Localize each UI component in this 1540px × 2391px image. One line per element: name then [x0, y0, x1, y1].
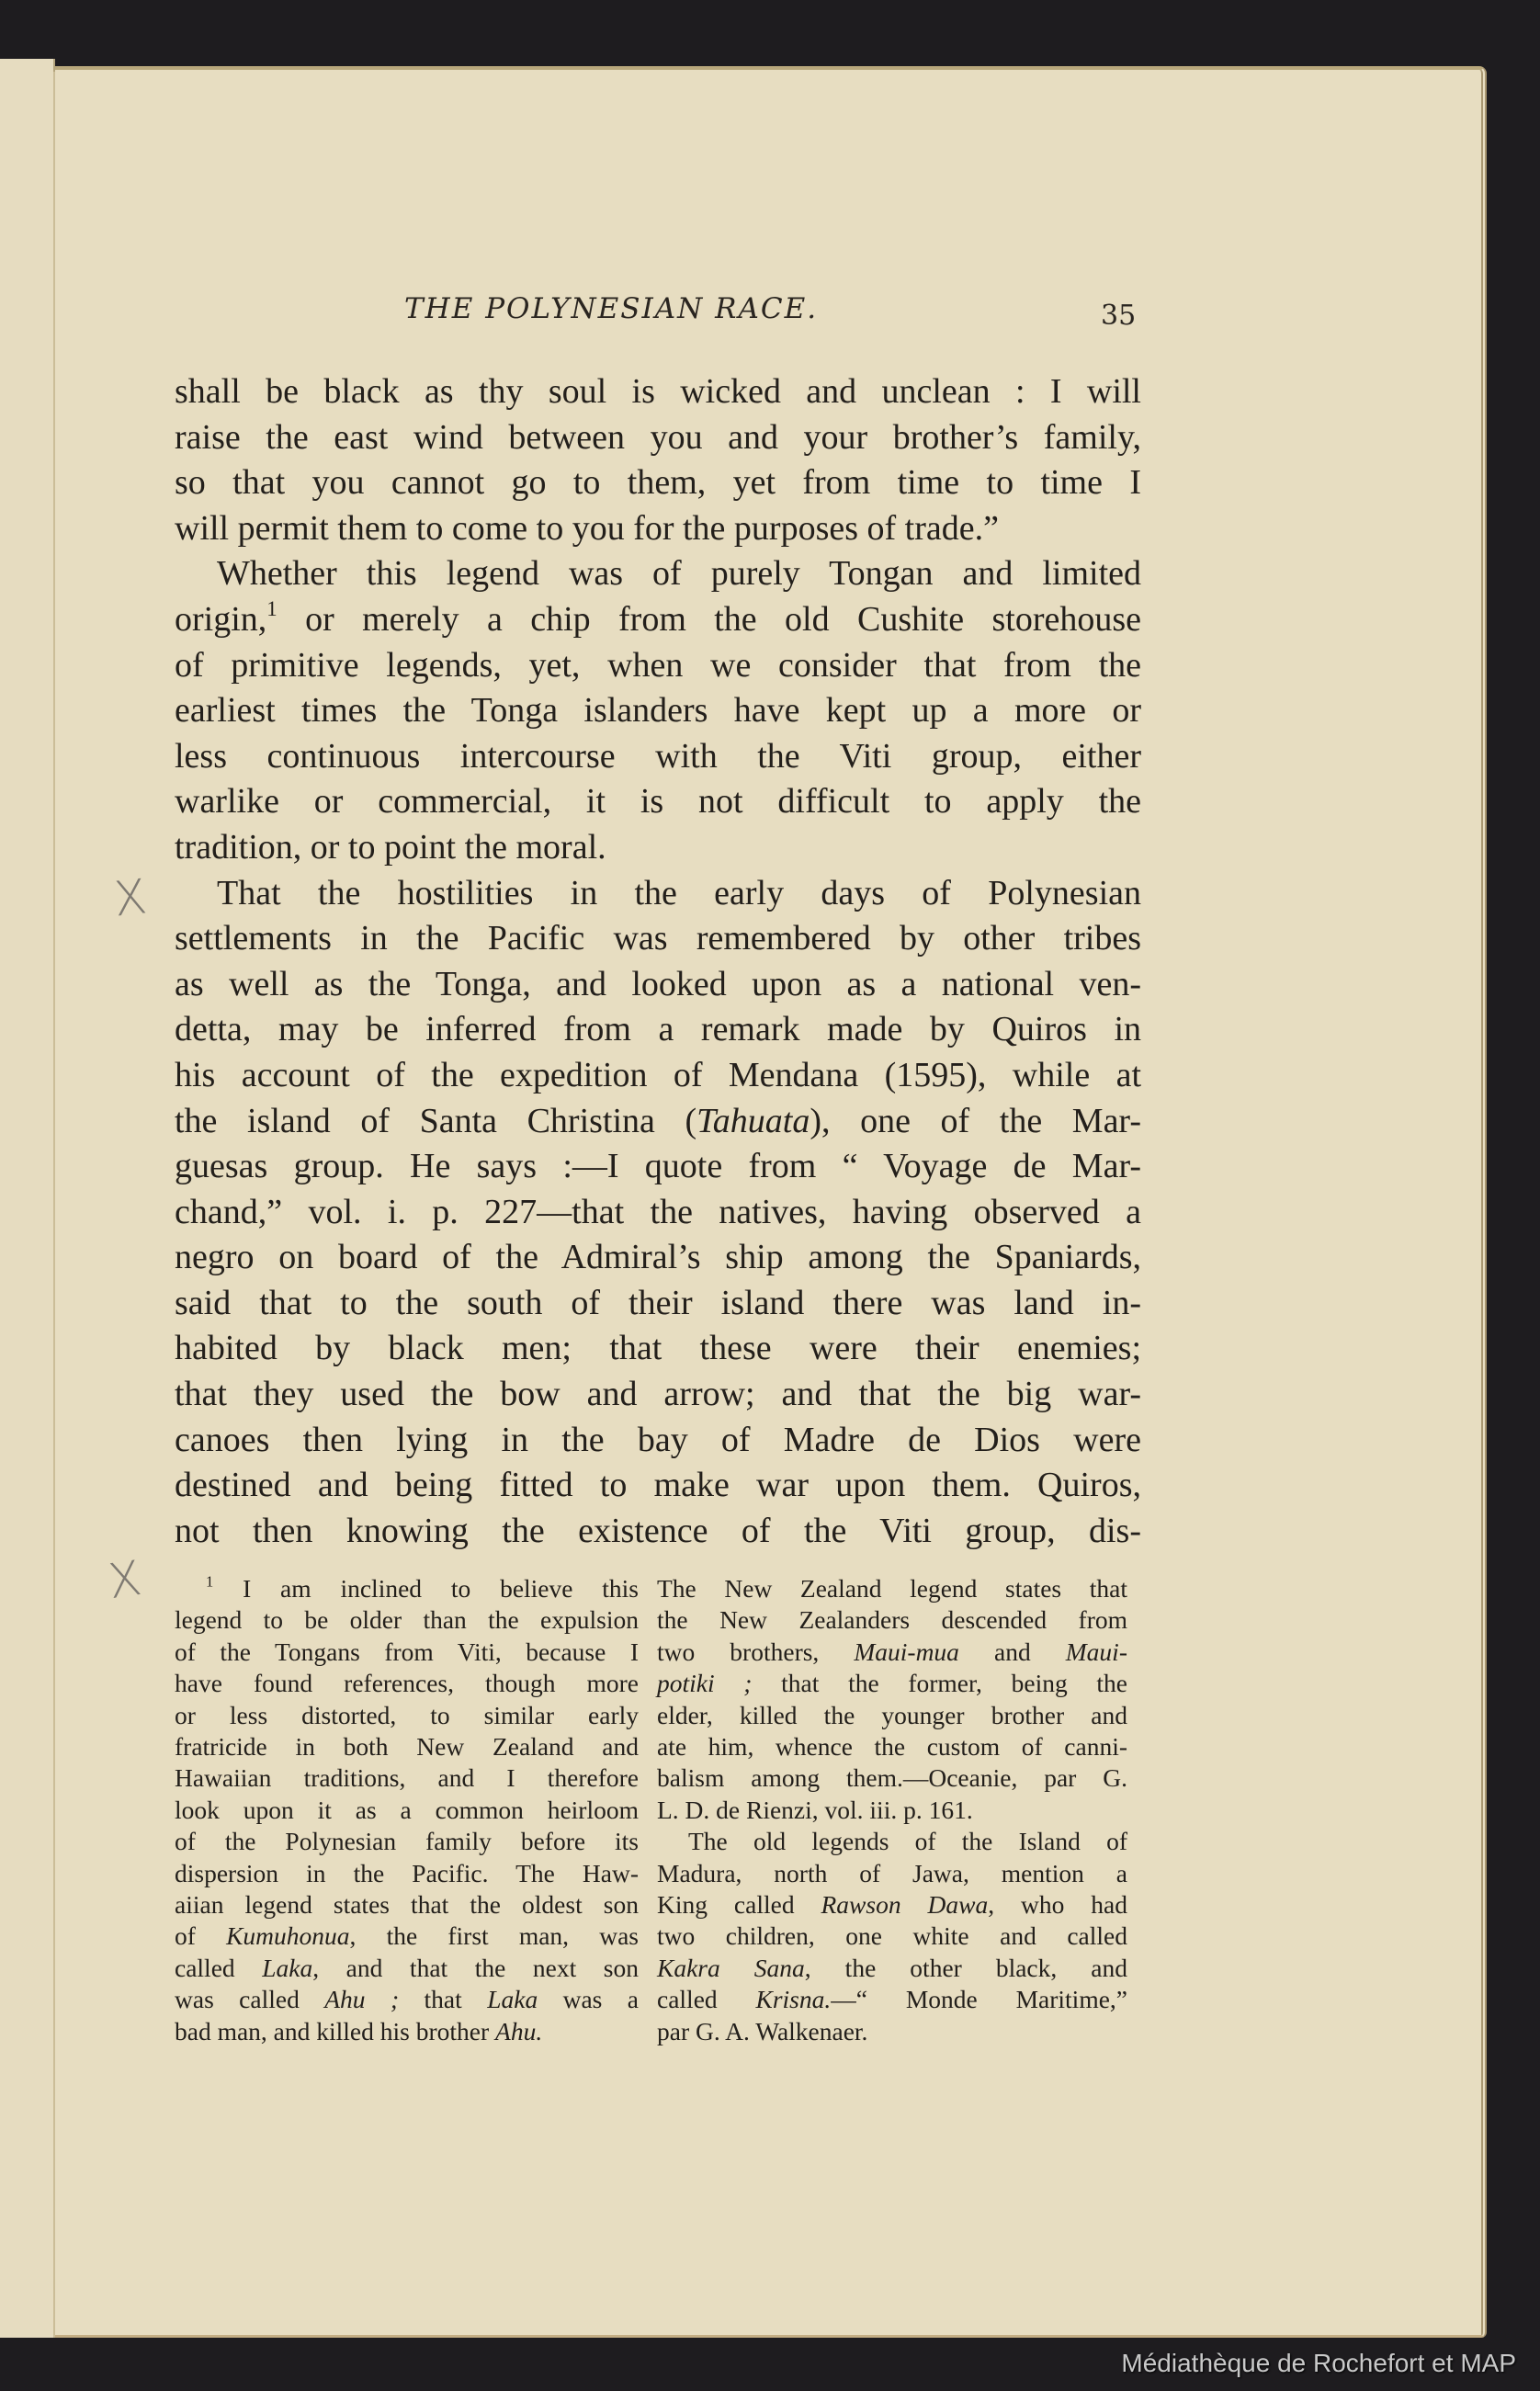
text-line: of primitive legends, yet, when we consi… [175, 643, 1141, 689]
footnote-line: dispersion in the Pacific. The Haw- [175, 1858, 639, 1889]
text-line: so that you cannot go to them, yet from … [175, 460, 1141, 506]
footnote-line: called Krisna.—“ Monde Maritime,” [657, 1984, 1127, 2015]
running-head-title: THE POLYNESIAN RACE. [404, 292, 818, 325]
main-text: shall be black as thy soul is wicked and… [175, 369, 1141, 1554]
footnote-line: L. D. de Rienzi, vol. iii. p. 161. [657, 1795, 1127, 1826]
italic-place-name: Tahuata [696, 1102, 810, 1140]
text-line: that they used the bow and arrow; and th… [175, 1372, 1141, 1418]
text-line: shall be black as thy soul is wicked and… [175, 369, 1141, 415]
footnote-line: or less distorted, to similar early [175, 1700, 639, 1731]
footnote-line: two brothers, Maui-mua and Maui- [657, 1637, 1127, 1668]
footnote-line: the New Zealanders descended from [657, 1604, 1127, 1636]
text-line: negro on board of the Admiral’s ship amo… [175, 1235, 1141, 1281]
footnote-line: potiki ; that the former, being the [657, 1668, 1127, 1699]
footnote-line: Madura, north of Jawa, mention a [657, 1858, 1127, 1889]
text-line: warlike or commercial, it is not difficu… [175, 779, 1141, 825]
footnote-line: of the Tongans from Viti, because I [175, 1637, 639, 1668]
footnote-line: Hawaiian traditions, and I therefore [175, 1762, 639, 1794]
image-credit: Médiathèque de Rochefort et MAP [1121, 2349, 1516, 2378]
footnote-line: par G. A. Walkenaer. [657, 2016, 1127, 2047]
footnote-line: have found references, though more [175, 1668, 639, 1699]
footnote-line: King called Rawson Dawa, who had [657, 1889, 1127, 1921]
footnote-line: 1 I am inclined to believe this [175, 1573, 639, 1604]
text-line: will permit them to come to you for the … [175, 506, 1141, 552]
text-line: origin,1 or merely a chip from the old C… [175, 597, 1141, 643]
text-line: settlements in the Pacific was remembere… [175, 916, 1141, 962]
footnote-reference[interactable]: 1 [266, 597, 277, 620]
footnote-line: The old legends of the Island of [657, 1826, 1127, 1857]
footnote-line: aiian legend states that the oldest son [175, 1889, 639, 1921]
text-line: said that to the south of their island t… [175, 1281, 1141, 1327]
text-line: guesas group. He says :—I quote from “ V… [175, 1144, 1141, 1190]
text-line: raise the east wind between you and your… [175, 415, 1141, 461]
footnote-line: ate him, whence the custom of canni- [657, 1731, 1127, 1762]
footnote-line: of Kumuhonua, the first man, was [175, 1921, 639, 1952]
text-line: canoes then lying in the bay of Madre de… [175, 1418, 1141, 1464]
footnote-line: Kakra Sana, the other black, and [657, 1953, 1127, 1984]
text-line: the island of Santa Christina (Tahuata),… [175, 1099, 1141, 1145]
text-line: as well as the Tonga, and looked upon as… [175, 962, 1141, 1008]
footnote-line: bad man, and killed his brother Ahu. [175, 2016, 639, 2047]
footnote-line: was called Ahu ; that Laka was a [175, 1984, 639, 2015]
footnote-line: legend to be older than the expulsion [175, 1604, 639, 1636]
footnote-line: of the Polynesian family before its [175, 1826, 639, 1857]
footnote-line: fratricide in both New Zealand and [175, 1731, 639, 1762]
previous-page-edge [0, 59, 55, 2338]
text-line: earliest times the Tonga islanders have … [175, 688, 1141, 734]
footnote-line: balism among them.—Oceanie, par G. [657, 1762, 1127, 1794]
text-line: detta, may be inferred from a remark mad… [175, 1007, 1141, 1053]
paragraph-start: Whether this legend was of purely Tongan… [175, 551, 1141, 597]
footnote-marker: 1 [206, 1572, 213, 1590]
text-line: habited by black men; that these were th… [175, 1326, 1141, 1372]
text-line: chand,” vol. i. p. 227—that the natives,… [175, 1190, 1141, 1236]
page-number: 35 [1101, 300, 1136, 332]
footnote-line: elder, killed the younger brother and [657, 1700, 1127, 1731]
text-line: his account of the expedition of Mendana… [175, 1053, 1141, 1099]
footnote-right-column: The New Zealand legend states that the N… [657, 1573, 1127, 2047]
text-line: destined and being fitted to make war up… [175, 1463, 1141, 1509]
text-line: not then knowing the existence of the Vi… [175, 1509, 1141, 1555]
pencil-mark-icon: X [111, 869, 150, 927]
footnote-line: The New Zealand legend states that [657, 1573, 1127, 1604]
footnote-line: two children, one white and called [657, 1921, 1127, 1952]
footnote-left-column: 1 I am inclined to believe this legend t… [175, 1573, 639, 2047]
footnote-line: called Laka, and that the next son [175, 1953, 639, 1984]
paragraph-start: That the hostilities in the early days o… [175, 871, 1141, 917]
footnote-line: look upon it as a common heirloom [175, 1795, 639, 1826]
text-line: tradition, or to point the moral. [175, 825, 1141, 871]
text-line: less continuous intercourse with the Vit… [175, 734, 1141, 780]
